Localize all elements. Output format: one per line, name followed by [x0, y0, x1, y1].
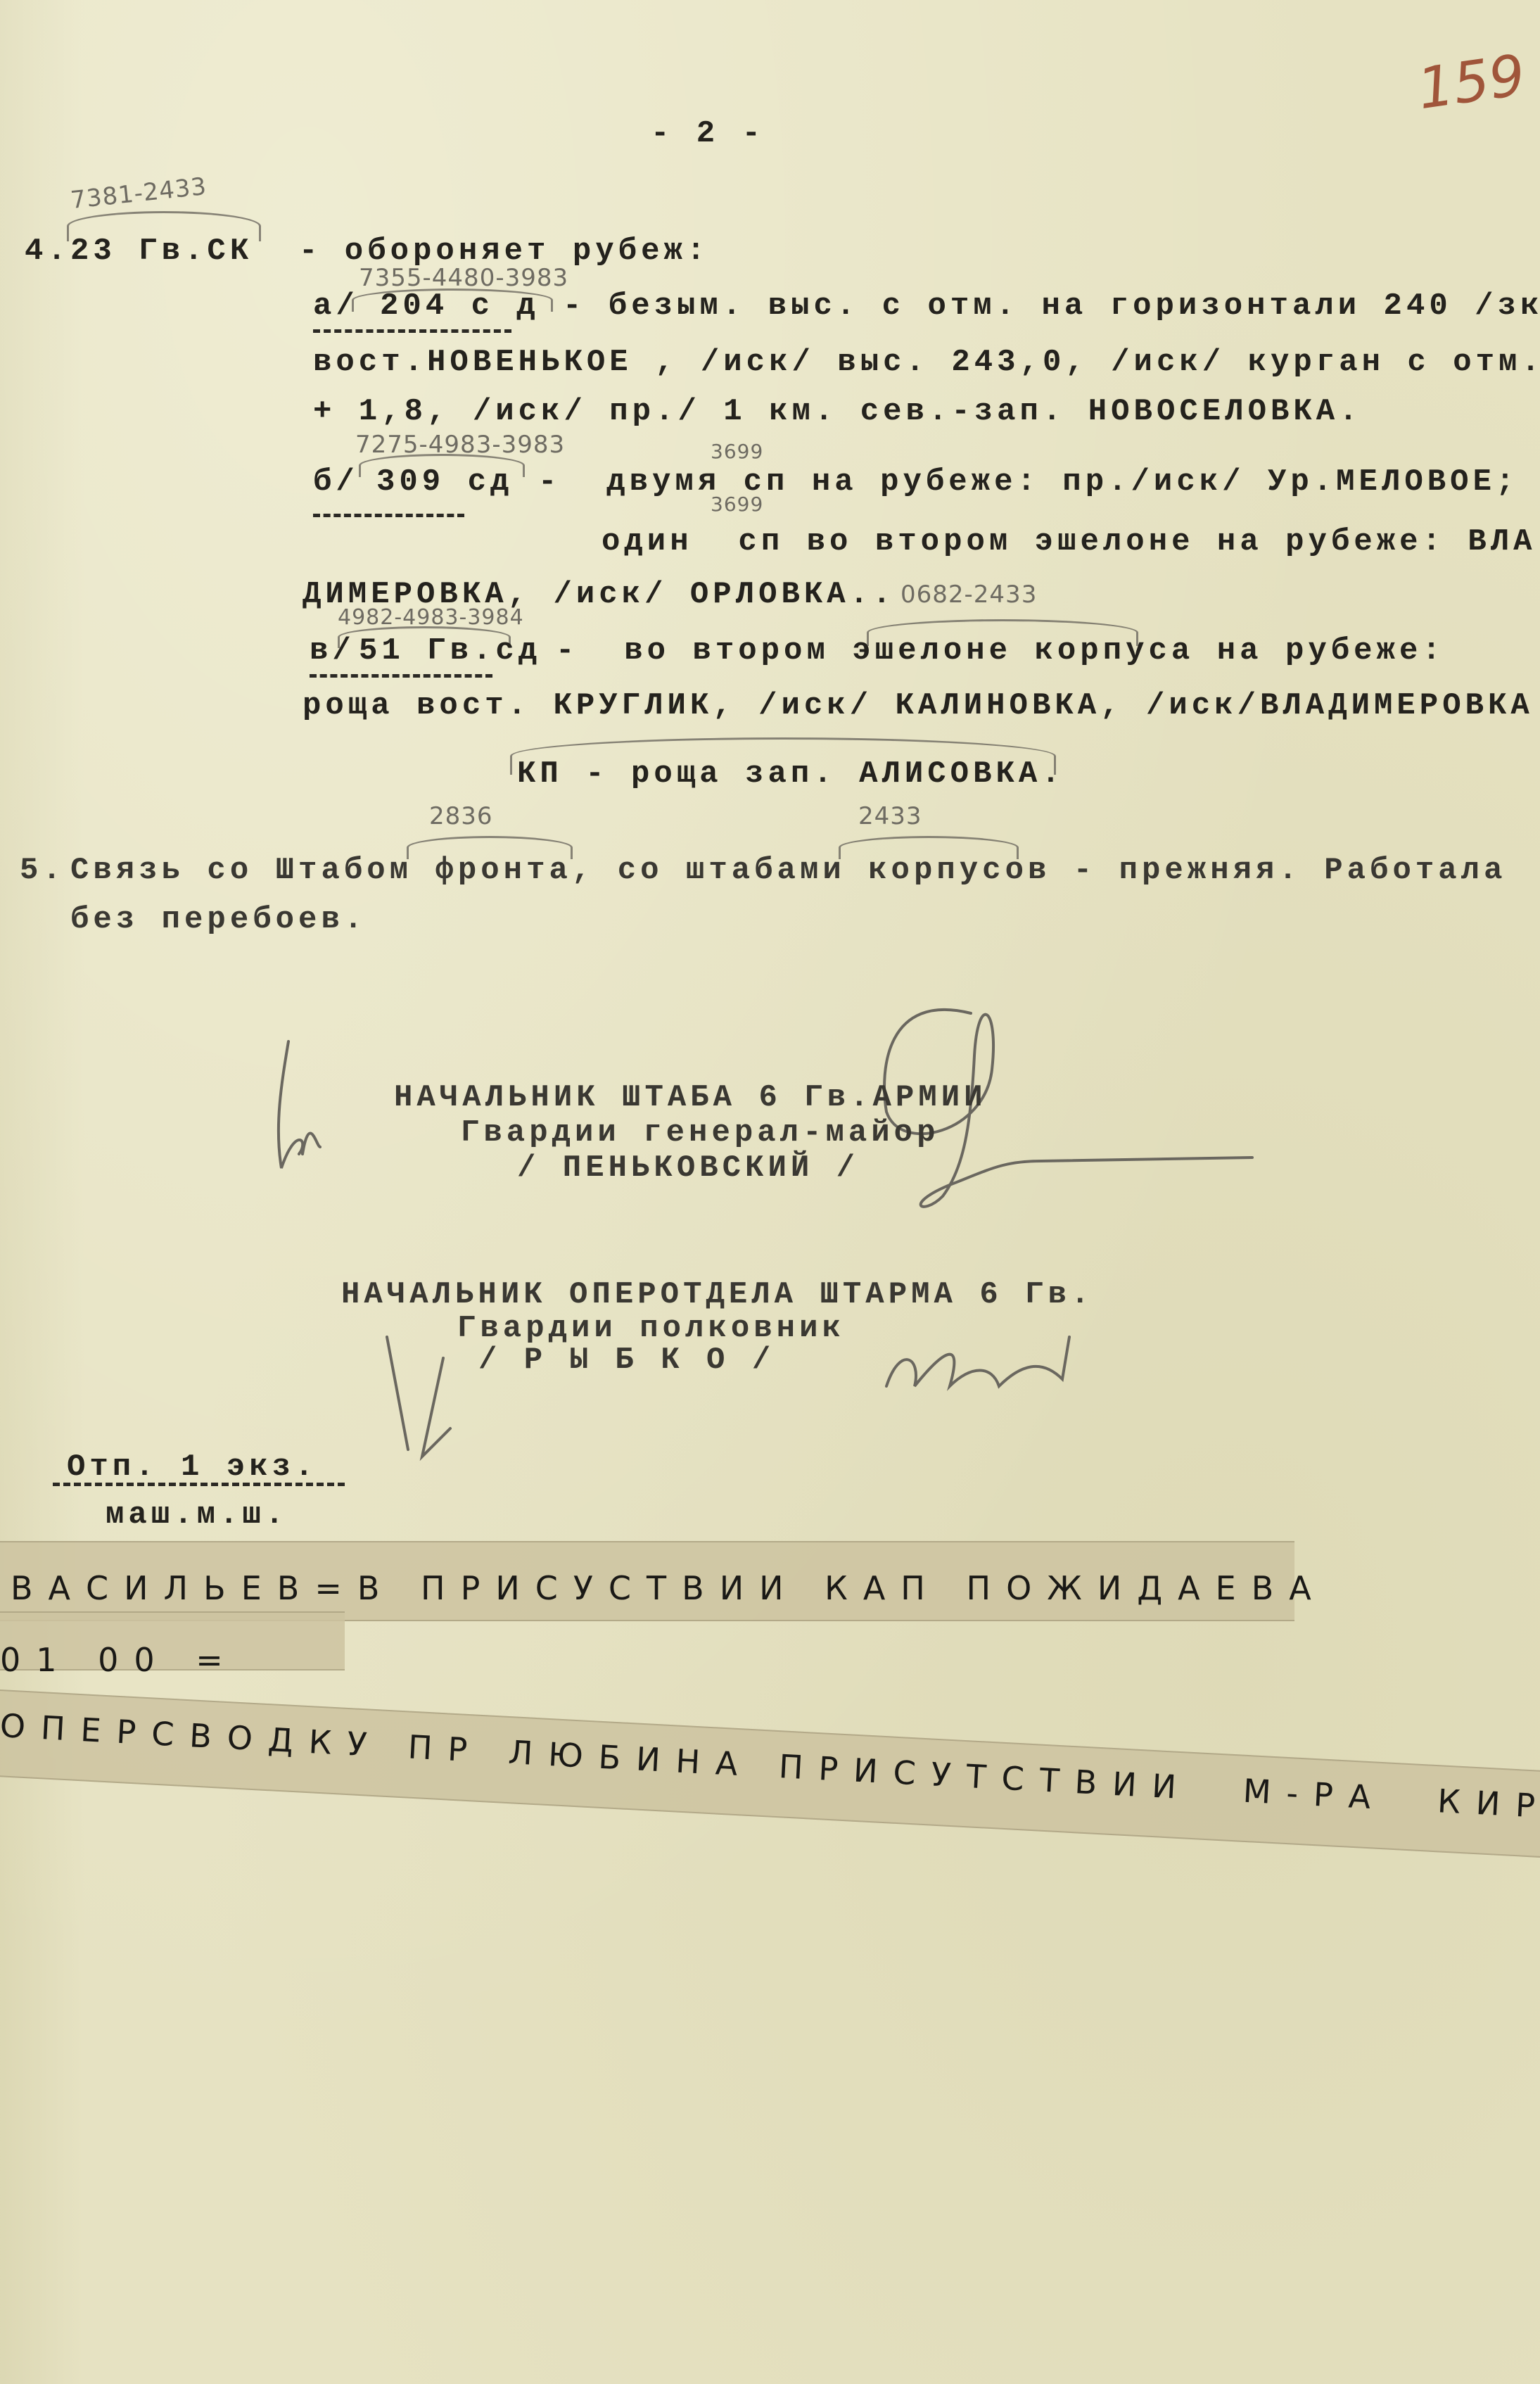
item-4a-line: - безым. выс. с отм. на горизонтали 240 … [563, 289, 1540, 324]
signature-2-title: НАЧАЛЬНИК ОПЕРОТДЕЛА ШТАРМА 6 Гв. [341, 1277, 1093, 1312]
underline [313, 329, 511, 333]
item-4c-unit: 51 Гв.сд [359, 633, 541, 668]
typist-note: маш.м.ш. [106, 1497, 288, 1533]
archive-folio-number: 159 [1413, 42, 1529, 122]
item-4a-line: + 1,8, /иск/ пр./ 1 км. сев.-зап. НОВОСЕ… [313, 394, 1362, 429]
item-4a-line: вост.НОВЕНЬКОЕ , /иск/ выс. 243,0, /иск/… [313, 345, 1540, 380]
underline [53, 1483, 345, 1486]
item-4-unit: 23 Гв.СК [70, 234, 253, 269]
item-4b-line: один сп во втором эшелоне на рубеже: ВЛА… [602, 524, 1540, 559]
pencil-annotation: 3699 [711, 440, 763, 463]
item-4c-line: - во втором эшелоне корпуса на рубеже: [556, 633, 1445, 668]
item-5-line: Связь со Штабом фронта, со штабами корпу… [70, 853, 1506, 888]
pencil-annotation: 3699 [711, 493, 763, 516]
pencil-annotation: 2836 [429, 802, 493, 830]
pencil-annotation: 2433 [858, 802, 922, 830]
item-4b-label: б/ [313, 464, 359, 500]
item-4-number: 4. [25, 234, 70, 269]
signature-1-rank: Гвардии генерал-майор [461, 1115, 940, 1150]
command-post-location: КП - роща зап. АЛИСОВКА. [517, 756, 1064, 792]
item-4c-line: роща вост. КРУГЛИК, /иск/ КАЛИНОВКА, /ис… [303, 688, 1540, 723]
item-4a-label: а/ [313, 289, 359, 324]
pencil-annotation: 7355-4480-3983 [359, 264, 568, 292]
pencil-annotation: 7381-2433 [69, 172, 208, 215]
signature-2-name: / Р Ы Б К О / [478, 1343, 775, 1378]
signature-1-title: НАЧАЛЬНИК ШТАБА 6 Гв.АРМИИ [394, 1080, 987, 1115]
page-number: - 2 - [651, 116, 765, 151]
item-4a-unit: 204 с д [380, 289, 540, 324]
underline [313, 514, 464, 517]
signature-2-rank: Гвардии полковник [457, 1311, 845, 1346]
item-4c-label: в/ [310, 633, 355, 668]
teletype-line: 01 00 = [0, 1641, 238, 1679]
item-4b-unit: 309 сд [376, 464, 513, 500]
item-5-line: без перебоев. [70, 902, 367, 937]
item-4b-line: - двумя сп на рубеже: пр./иск/ Ур.МЕЛОВО… [538, 464, 1518, 500]
teletype-line: ВАСИЛЬЕВ=В ПРИСУСТВИИ КАП ПОЖИДАЕВА [11, 1569, 1327, 1607]
signature-1-name: / ПЕНЬКОВСКИЙ / [517, 1150, 859, 1186]
copies-note: Отп. 1 экз. [67, 1450, 317, 1485]
item-5-number: 5. [20, 853, 65, 888]
underline [310, 674, 492, 678]
pencil-annotation: 0682-2433 [901, 581, 1037, 609]
